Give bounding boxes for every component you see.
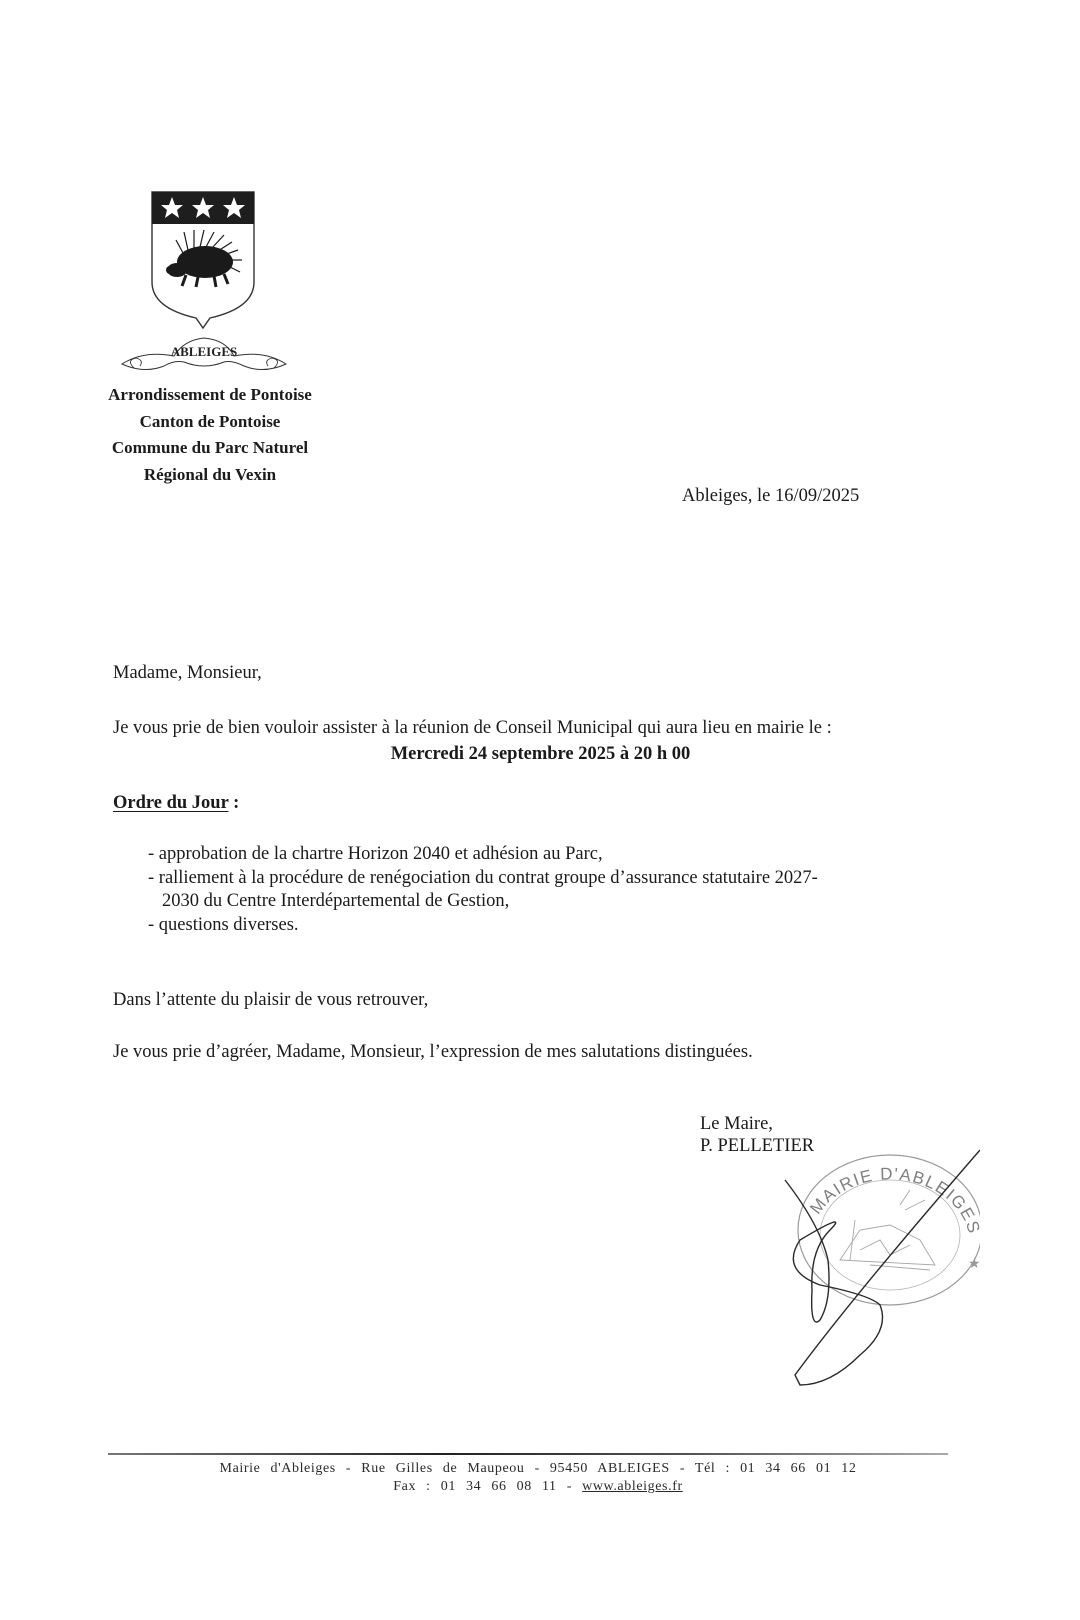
agenda-title: Ordre du Jour : bbox=[113, 793, 239, 814]
agenda-list: - approbation de la chartre Horizon 2040… bbox=[148, 843, 818, 937]
agenda-item: - approbation de la chartre Horizon 2040… bbox=[148, 843, 818, 867]
region-line: Régional du Vexin bbox=[80, 462, 340, 489]
meeting-datetime: Mercredi 24 septembre 2025 à 20 h 00 bbox=[113, 744, 968, 765]
footer-divider bbox=[108, 1453, 948, 1455]
svg-text:ABLEIGES: ABLEIGES bbox=[171, 344, 237, 359]
svg-text:★: ★ bbox=[968, 1257, 980, 1272]
footer-contact: Mairie d'Ableiges - Rue Gilles de Maupeo… bbox=[108, 1460, 968, 1496]
arrondissement-line: Arrondissement de Pontoise bbox=[80, 382, 340, 409]
commune-line: Commune du Parc Naturel bbox=[80, 435, 340, 462]
footer-address-line: Mairie d'Ableiges - Rue Gilles de Maupeo… bbox=[108, 1460, 968, 1478]
footer-fax: Fax : 01 34 66 08 11 - bbox=[393, 1479, 582, 1494]
svg-text:MAIRIE D'ABLEIGES: MAIRIE D'ABLEIGES bbox=[806, 1164, 980, 1236]
agenda-title-text: Ordre du Jour bbox=[113, 793, 228, 813]
canton-line: Canton de Pontoise bbox=[80, 409, 340, 436]
agenda-item: - ralliement à la procédure de renégocia… bbox=[148, 867, 818, 891]
letter-date: Ableiges, le 16/09/2025 bbox=[682, 486, 859, 507]
footer-fax-line: Fax : 01 34 66 08 11 - www.ableiges.fr bbox=[108, 1478, 968, 1496]
invitation-text: Je vous prie de bien vouloir assister à … bbox=[113, 718, 832, 739]
closing-formula: Je vous prie d’agréer, Madame, Monsieur,… bbox=[113, 1042, 753, 1063]
town-hall-seal-icon: MAIRIE D'ABLEIGES ★ bbox=[798, 1155, 980, 1305]
salutation: Madame, Monsieur, bbox=[113, 663, 262, 684]
administrative-header: Arrondissement de Pontoise Canton de Pon… bbox=[80, 382, 340, 488]
agenda-item: - questions diverses. bbox=[148, 914, 818, 938]
town-name-banner: ABLEIGES bbox=[114, 330, 294, 382]
coat-of-arms-logo bbox=[150, 190, 256, 330]
website-link[interactable]: www.ableiges.fr bbox=[582, 1479, 683, 1494]
official-stamp-and-signature: MAIRIE D'ABLEIGES ★ bbox=[740, 1130, 980, 1390]
agenda-item-continuation: 2030 du Centre Interdépartemental de Ges… bbox=[148, 890, 818, 914]
agenda-title-suffix: : bbox=[228, 793, 239, 813]
closing-line: Dans l’attente du plaisir de vous retrou… bbox=[113, 990, 428, 1011]
